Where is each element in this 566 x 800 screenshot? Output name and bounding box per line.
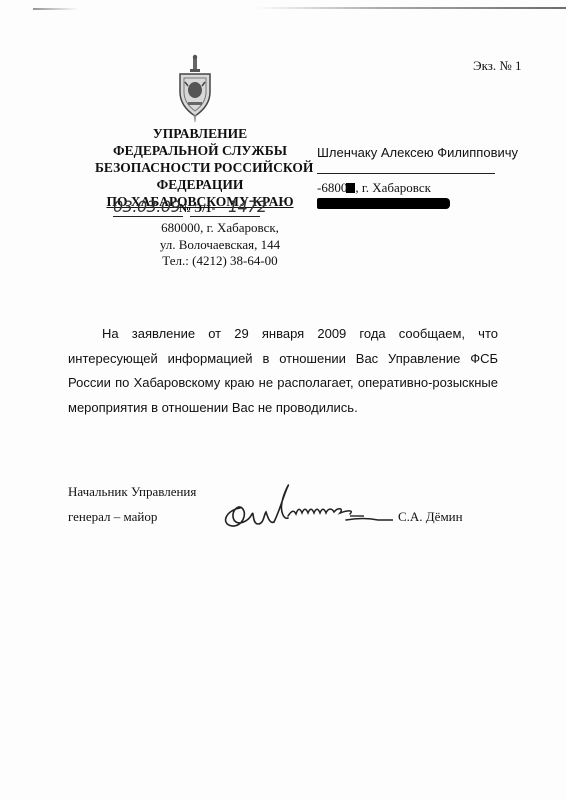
- recipient-city: , г. Хабаровск: [355, 180, 431, 195]
- copy-number: Экз. № 1: [473, 58, 522, 74]
- registration-number-label: № Э/1-: [179, 201, 216, 216]
- signatory-title: Начальник Управления: [68, 484, 196, 500]
- org-line: УПРАВЛЕНИЕ: [95, 125, 305, 142]
- handwritten-signature-icon: [218, 480, 393, 530]
- signatory-name: С.А. Дёмин: [398, 509, 463, 525]
- scan-edge-artifact: [33, 8, 78, 10]
- recipient-divider: [317, 173, 495, 174]
- recipient-postcode: -6800: [317, 180, 347, 195]
- registration-number-underline: [190, 216, 260, 217]
- recipient-city-line: -6800, г. Хабаровск: [317, 180, 431, 196]
- fsb-emblem-icon: [177, 54, 213, 124]
- redacted-street-address: [317, 198, 450, 209]
- redaction-mark: [346, 183, 355, 193]
- signatory-rank: генерал – майор: [68, 509, 157, 525]
- sender-address: 680000, г. Хабаровск, ул. Волочаевская, …: [150, 220, 290, 270]
- org-line: БЕЗОПАСНОСТИ РОССИЙСКОЙ: [95, 159, 305, 176]
- org-line: ФЕДЕРАЦИИ: [95, 176, 305, 193]
- registration-number: 1472: [228, 197, 267, 216]
- registration-date: 03.03.09: [113, 197, 180, 216]
- address-line: 680000, г. Хабаровск,: [150, 220, 290, 237]
- registration-number-field: 1472: [228, 198, 260, 217]
- letter-body: На заявление от 29 января 2009 года сооб…: [68, 322, 498, 420]
- registration-date-field: 03.03.09: [113, 198, 183, 217]
- recipient-name: Шленчаку Алексею Филипповичу: [317, 145, 518, 160]
- address-line: Тел.: (4212) 38-64-00: [150, 253, 290, 270]
- org-line: ФЕДЕРАЛЬНОЙ СЛУЖБЫ: [95, 142, 305, 159]
- address-line: ул. Волочаевская, 144: [150, 237, 290, 254]
- scan-edge-artifact: [255, 7, 566, 9]
